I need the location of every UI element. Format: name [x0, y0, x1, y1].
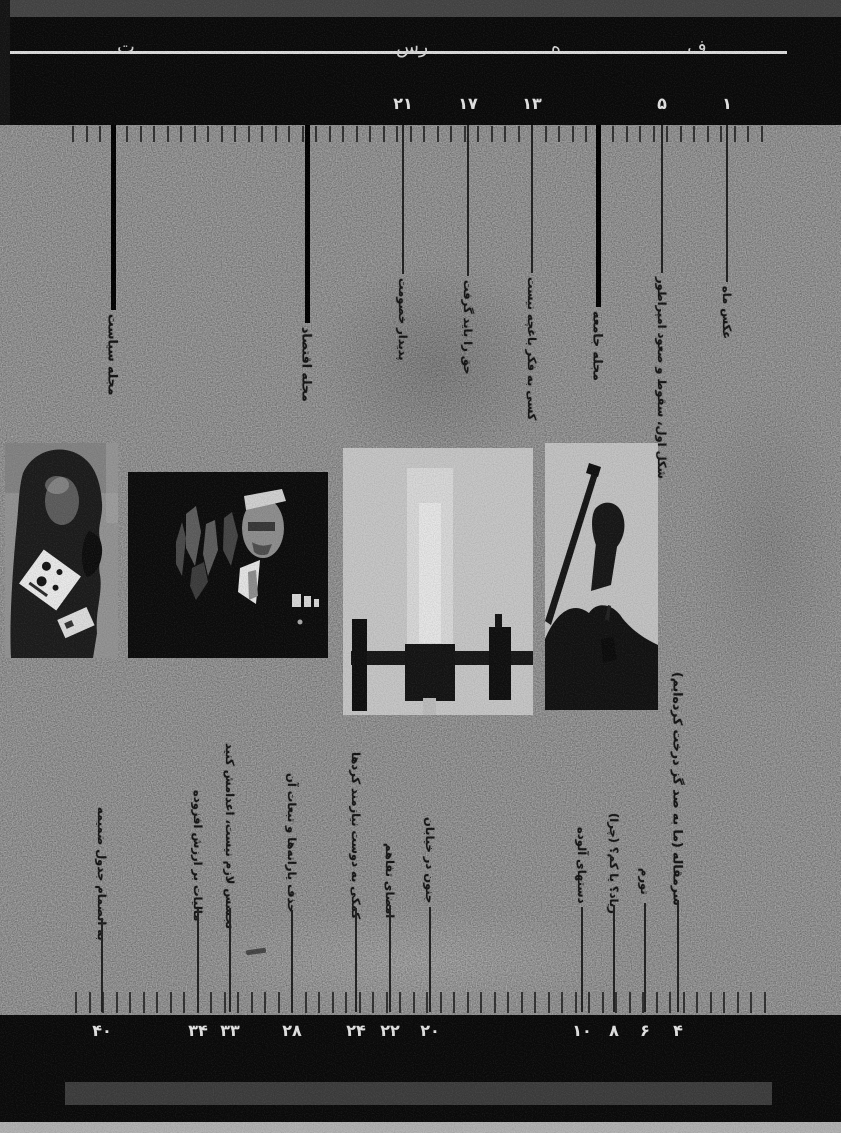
- entry-line: [531, 125, 533, 273]
- ruler-tick-top: [180, 126, 182, 142]
- ruler-tick-bottom: [440, 992, 442, 1013]
- entry-line: [402, 125, 404, 274]
- ruler-tick-top: [329, 126, 331, 142]
- page-number: ۳۳: [220, 1023, 240, 1039]
- ruler-tick-top: [207, 126, 209, 142]
- entry-title: حق را باید گرفت: [461, 280, 475, 374]
- entry-title: شکل اول، سقوط و صعود امپراطور: [655, 277, 669, 479]
- ruler-tick-bottom: [507, 992, 509, 1013]
- ruler-tick-top: [572, 126, 574, 142]
- interview-photo: [5, 443, 118, 658]
- ruler-tick-bottom: [116, 992, 118, 1013]
- entry-title: پدیدار خصومت: [396, 278, 410, 361]
- entry-line: [677, 900, 679, 1012]
- entry-line: [229, 908, 231, 1012]
- scan-edge-bottom: [0, 1122, 841, 1133]
- ruler-tick-top: [612, 126, 614, 142]
- ruler-tick-bottom: [372, 992, 374, 1013]
- entry-line: [613, 905, 615, 1012]
- section-title: مجله اقتصاد: [300, 327, 315, 402]
- ruler-tick-top: [720, 126, 722, 142]
- ruler-tick-bottom: [548, 992, 550, 1013]
- page-number: ۳۴: [188, 1023, 208, 1039]
- ruler-tick-bottom: [318, 992, 320, 1013]
- ruler-tick-bottom: [696, 992, 698, 1013]
- entry-line: [726, 125, 728, 282]
- ruler-tick-top: [450, 126, 452, 142]
- ruler-tick-bottom: [129, 992, 131, 1013]
- ruler-tick-bottom: [615, 992, 617, 1013]
- raised-arm-photo: [545, 443, 658, 710]
- section-title: مجله جامعه: [591, 311, 606, 381]
- barbell-photo: [343, 448, 533, 715]
- ruler-tick-bottom: [386, 992, 388, 1013]
- title-letter: ه: [551, 38, 561, 57]
- ruler-tick-top: [464, 126, 466, 142]
- page-number: ۱۰: [572, 1023, 592, 1039]
- entry-line: [661, 125, 663, 273]
- ruler-tick-bottom: [710, 992, 712, 1013]
- ruler-tick-top: [356, 126, 358, 142]
- entry-line: [355, 908, 357, 1012]
- ruler-tick-top: [221, 126, 223, 142]
- ruler-tick-top: [72, 126, 74, 142]
- page-number: ۶: [640, 1023, 650, 1039]
- entry-line: [581, 907, 583, 1012]
- entry-line: [596, 125, 601, 307]
- scanned-contents-page: فهرستعکس ماه۱شکل اول، سقوط و صعود امپراط…: [0, 0, 841, 1133]
- ruler-tick-top: [734, 126, 736, 142]
- entry-title: تجسس لازم نیست، اعدامش کنید: [223, 743, 237, 929]
- ruler-tick-top: [680, 126, 682, 142]
- entry-title: عکس ماه: [720, 286, 734, 339]
- entry-line: [197, 908, 199, 1012]
- entry-line: [429, 907, 431, 1012]
- page-number: ۱: [722, 96, 732, 112]
- header-bar: [0, 17, 841, 125]
- ruler-tick-top: [275, 126, 277, 142]
- scan-edge-top: [0, 0, 841, 17]
- title-letter: رس: [396, 38, 428, 57]
- ruler-tick-bottom: [143, 992, 145, 1013]
- entry-title: سرمقاله (ما به صد گز درخت کرده‌ایم): [671, 672, 686, 906]
- ruler-tick-bottom: [413, 992, 415, 1013]
- entry-title: کمکی به دوست نیازمند کردها: [349, 752, 363, 919]
- ruler-tick-bottom: [737, 992, 739, 1013]
- scan-smudge-light: [180, 905, 640, 1015]
- ruler-tick-top: [437, 126, 439, 142]
- ruler-tick-bottom: [629, 992, 631, 1013]
- title-letter: ت: [117, 38, 135, 57]
- ruler-tick-top: [234, 126, 236, 142]
- ruler-tick-bottom: [359, 992, 361, 1013]
- scan-edge-left: [0, 0, 10, 125]
- entry-title: کسی به فکر باغچه نیست: [525, 277, 539, 420]
- ruler-tick-bottom: [521, 992, 523, 1013]
- ruler-tick-top: [86, 126, 88, 142]
- ruler-tick-bottom: [750, 992, 752, 1013]
- ruler-tick-top: [518, 126, 520, 142]
- title-letter: ف: [687, 38, 707, 57]
- ruler-tick-top: [140, 126, 142, 142]
- ruler-tick-top: [747, 126, 749, 142]
- ruler-tick-top: [194, 126, 196, 142]
- entry-line: [467, 125, 469, 276]
- ruler-tick-bottom: [75, 992, 77, 1013]
- scan-smudge-right: [690, 380, 841, 710]
- entry-line: [305, 125, 310, 323]
- ruler-tick-bottom: [278, 992, 280, 1013]
- ink-speck: [246, 948, 267, 956]
- entry-title: زیاد؟ یا کم؟ (چرا): [607, 813, 621, 914]
- page-number: ۱۳: [522, 96, 542, 112]
- ruler-tick-top: [261, 126, 263, 142]
- ruler-tick-top: [153, 126, 155, 142]
- ruler-tick-top: [99, 126, 101, 142]
- ruler-tick-bottom: [237, 992, 239, 1013]
- ruler-tick-bottom: [575, 992, 577, 1013]
- ruler-tick-bottom: [156, 992, 158, 1013]
- ruler-tick-top: [639, 126, 641, 142]
- ruler-tick-top: [477, 126, 479, 142]
- entry-line: [389, 905, 391, 1012]
- footer-fineprint-strip: [65, 1082, 772, 1105]
- ruler-tick-top: [248, 126, 250, 142]
- ruler-tick-bottom: [561, 992, 563, 1013]
- entry-line: [644, 903, 646, 1012]
- page-number: ۴: [673, 1023, 683, 1039]
- ruler-tick-bottom: [210, 992, 212, 1013]
- page-number: ۲۸: [282, 1023, 302, 1039]
- ruler-tick-bottom: [332, 992, 334, 1013]
- ruler-tick-bottom: [453, 992, 455, 1013]
- ruler-tick-bottom: [251, 992, 253, 1013]
- ruler-tick-top: [288, 126, 290, 142]
- page-number: ۸: [609, 1023, 619, 1039]
- dark-portrait-photo: [128, 472, 328, 658]
- entry-line: [101, 918, 103, 1012]
- ruler-tick-top: [423, 126, 425, 142]
- ruler-tick-top: [558, 126, 560, 142]
- ruler-tick-bottom: [345, 992, 347, 1013]
- scan-smudge-dark: [320, 260, 550, 470]
- page-number: ۲۱: [393, 96, 413, 112]
- page-number: ۴۰: [92, 1023, 112, 1039]
- entry-line: [291, 910, 293, 1012]
- ruler-tick-bottom: [89, 992, 91, 1013]
- ruler-tick-top: [545, 126, 547, 142]
- section-title: مجله سیاست: [106, 314, 121, 395]
- ruler-tick-bottom: [264, 992, 266, 1013]
- ruler-tick-top: [383, 126, 385, 142]
- page-number: ۲۴: [346, 1023, 366, 1039]
- ruler-tick-top: [504, 126, 506, 142]
- page-number: ۲۲: [380, 1023, 400, 1039]
- ruler-tick-top: [626, 126, 628, 142]
- ruler-tick-bottom: [534, 992, 536, 1013]
- ruler-tick-bottom: [170, 992, 172, 1013]
- ruler-tick-top: [167, 126, 169, 142]
- ruler-tick-top: [491, 126, 493, 142]
- entry-title: مالیات بر ارزش افزوده: [191, 790, 205, 921]
- ruler-tick-bottom: [467, 992, 469, 1013]
- ruler-tick-top: [396, 126, 398, 142]
- ruler-tick-top: [342, 126, 344, 142]
- ruler-tick-bottom: [183, 992, 185, 1013]
- entry-line: [111, 125, 116, 310]
- ruler-tick-bottom: [669, 992, 671, 1013]
- ruler-tick-bottom: [224, 992, 226, 1013]
- ruler-tick-bottom: [426, 992, 428, 1013]
- ruler-tick-bottom: [494, 992, 496, 1013]
- ruler-tick-bottom: [683, 992, 685, 1013]
- ruler-tick-bottom: [602, 992, 604, 1013]
- ruler-tick-top: [761, 126, 763, 142]
- ruler-tick-top: [410, 126, 412, 142]
- ruler-tick-top: [369, 126, 371, 142]
- ruler-tick-top: [315, 126, 317, 142]
- ruler-tick-top: [653, 126, 655, 142]
- ruler-tick-top: [126, 126, 128, 142]
- ruler-tick-bottom: [723, 992, 725, 1013]
- ruler-tick-top: [693, 126, 695, 142]
- entry-title: جنون در خیابان: [423, 817, 437, 903]
- page-number: ۱۷: [458, 96, 478, 112]
- page-number: ۵: [657, 96, 667, 112]
- ruler-tick-bottom: [764, 992, 766, 1013]
- entry-title: تورم: [638, 868, 652, 895]
- ruler-tick-bottom: [305, 992, 307, 1013]
- ruler-tick-top: [585, 126, 587, 142]
- ruler-tick-bottom: [480, 992, 482, 1013]
- ruler-tick-top: [302, 126, 304, 142]
- entry-title: حذف یارانه‌ها و تبعات آن: [285, 773, 299, 912]
- ruler-tick-bottom: [656, 992, 658, 1013]
- ruler-tick-top: [666, 126, 668, 142]
- entry-title: دستهای آلوده: [575, 827, 589, 904]
- ruler-tick-bottom: [399, 992, 401, 1013]
- ruler-tick-top: [707, 126, 709, 142]
- page-number: ۲۰: [420, 1023, 440, 1039]
- ruler-tick-bottom: [588, 992, 590, 1013]
